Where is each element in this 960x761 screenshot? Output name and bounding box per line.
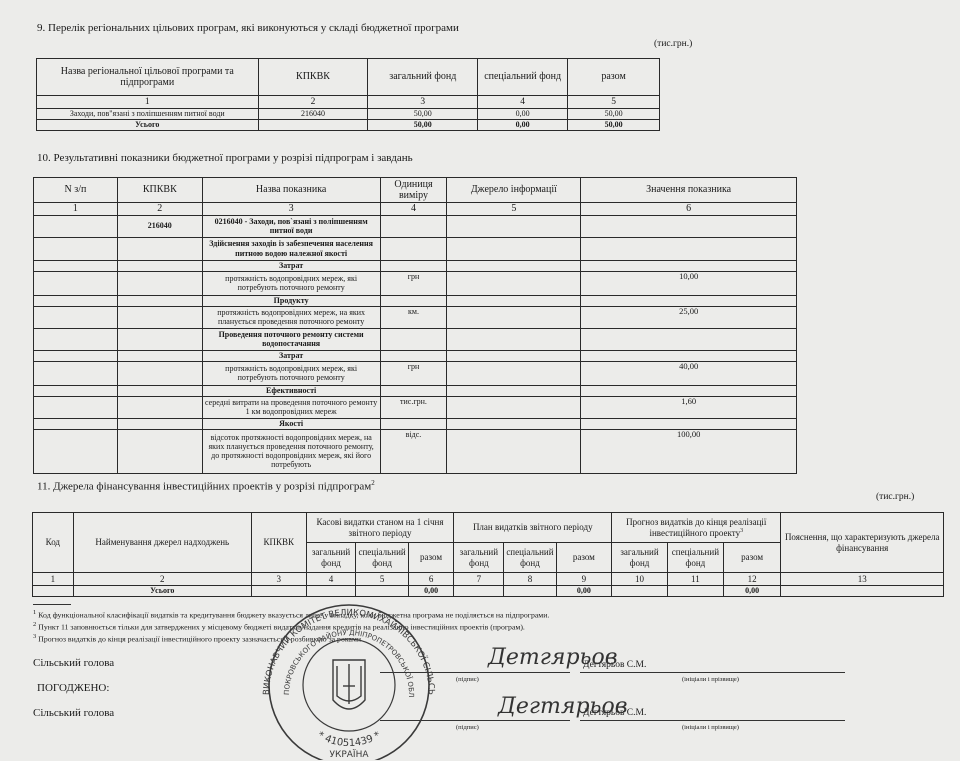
indicator-name: протяжність водопровідних мереж, на яких…: [202, 306, 380, 328]
source-value: [447, 418, 581, 429]
total-cell: [612, 586, 668, 597]
unit-value: [380, 237, 447, 260]
subheader-general-fund: загальний фонд: [306, 543, 356, 573]
signature-caption-2: (підпис): [456, 724, 479, 731]
header-number: N з/п: [34, 178, 118, 203]
table-row: протяжність водопровідних мереж, на яких…: [34, 306, 797, 328]
table-row: 2160400216040 - Заходи, пов`язані з полі…: [34, 215, 797, 237]
agreed-label: ПОГОДЖЕНО:: [37, 682, 109, 694]
footnote-ref: 2: [371, 479, 375, 487]
table-row: Продукту: [34, 295, 797, 306]
header-source-name: Найменування джерел надходжень: [73, 513, 251, 573]
indicator-value: [581, 237, 797, 260]
table-header-row: N з/п КПКВК Назва показника Одиниця вимі…: [34, 178, 797, 203]
total-cell: [356, 586, 408, 597]
total-label: Усього: [37, 120, 259, 131]
col-number: 3: [202, 203, 380, 216]
footnote-marker: 3: [33, 633, 36, 640]
table-row: протяжність водопровідних мереж, які пот…: [34, 361, 797, 385]
header-special-fund: спеціальний фонд: [478, 59, 568, 96]
total-row: Усього 0,000,000,00: [33, 586, 944, 597]
source-value: [447, 385, 581, 396]
kpkvk-value: [258, 120, 368, 131]
regional-programs-table: Назва регіональної цільової програми та …: [36, 58, 660, 131]
table-row: Якості: [34, 418, 797, 429]
header-total: разом: [568, 59, 660, 96]
kpkvk-value: [117, 418, 202, 429]
handwritten-signature-2: Дегтярьов: [498, 694, 628, 719]
unit-value: [380, 215, 447, 237]
unit-value: [380, 328, 447, 350]
name-line-2: [580, 720, 845, 721]
indicator-value: 40,00: [581, 361, 797, 385]
indicator-name: середні витрати на проведення поточного …: [202, 396, 380, 418]
footnote-marker: 1: [33, 609, 36, 616]
row-number: [34, 328, 118, 350]
col-number: 13: [781, 573, 944, 586]
unit-value: [380, 418, 447, 429]
row-number: [34, 418, 118, 429]
indicator-name: 0216040 - Заходи, пов`язані з поліпшення…: [202, 215, 380, 237]
footnote-divider: [33, 604, 71, 605]
header-code: Код: [33, 513, 74, 573]
indicator-value: [581, 215, 797, 237]
section-9-title: 9. Перелік регіональних цільових програм…: [37, 22, 459, 34]
col-number: 1: [34, 203, 118, 216]
unit-value: тис.грн.: [380, 396, 447, 418]
source-value: [447, 429, 581, 473]
total-value: 50,00: [568, 109, 660, 120]
kpkvk-value: [117, 361, 202, 385]
row-number: [34, 396, 118, 418]
head-label-2: Сільський голова: [33, 707, 114, 719]
source-value: [447, 350, 581, 361]
indicator-value: 1,60: [581, 396, 797, 418]
handwritten-signature-1: Детгярьов: [488, 645, 618, 670]
table-row: Затрат: [34, 350, 797, 361]
header-kpkvk: КПКВК: [258, 59, 368, 96]
header-general-fund: загальний фонд: [368, 59, 478, 96]
special-fund-total: 0,00: [478, 120, 568, 131]
kpkvk-value: [117, 328, 202, 350]
col-number: 4: [380, 203, 447, 216]
source-value: [447, 295, 581, 306]
header-unit: Одиниця виміру: [380, 178, 447, 203]
col-number: 1: [33, 573, 74, 586]
row-number: [34, 260, 118, 271]
general-fund-total: 50,00: [368, 120, 478, 131]
subheader-special-fund: спеціальний фонд: [667, 543, 723, 573]
col-number: 12: [723, 573, 781, 586]
total-cell: [306, 586, 356, 597]
kpkvk-value: [117, 429, 202, 473]
col-number: 3: [368, 96, 478, 109]
indicator-name: Затрат: [202, 260, 380, 271]
source-value: [447, 260, 581, 271]
section-11-unit: (тис.грн.): [876, 492, 914, 502]
source-value: [447, 396, 581, 418]
total-row: Усього 50,00 0,00 50,00: [37, 120, 660, 131]
performance-indicators-table: N з/п КПКВК Назва показника Одиниця вимі…: [33, 177, 797, 474]
table-header-row: Назва регіональної цільової програми та …: [37, 59, 660, 96]
row-number: [34, 350, 118, 361]
col-number: 3: [251, 573, 306, 586]
col-number: 10: [612, 573, 668, 586]
total-cell: [667, 586, 723, 597]
subheader-total: разом: [723, 543, 781, 573]
row-number: [34, 361, 118, 385]
kpkvk-value: [117, 295, 202, 306]
indicator-value: [581, 418, 797, 429]
stamp-bottom-text: * 41051439 *: [316, 730, 383, 749]
indicator-value: 10,00: [581, 271, 797, 295]
column-number-row: 1 2 3 4 5 6: [34, 203, 797, 216]
col-number: 4: [306, 573, 356, 586]
table-row: відсоток протяжності водопровідних мереж…: [34, 429, 797, 473]
subheader-special-fund: спеціальний фонд: [504, 543, 556, 573]
indicator-value: [581, 350, 797, 361]
col-number: 2: [73, 573, 251, 586]
table-row: Здійснення заходів із забезпечення насел…: [34, 237, 797, 260]
column-number-row: 12345678910111213: [33, 573, 944, 586]
header-kpkvk: КПКВК: [117, 178, 202, 203]
indicator-name: протяжність водопровідних мереж, які пот…: [202, 271, 380, 295]
row-number: [34, 215, 118, 237]
table-row: Заходи, пов"язані з поліпшенням питної в…: [37, 109, 660, 120]
header-plan-expenses: План видатків звітного періоду: [454, 513, 612, 543]
total-cell: 0,00: [408, 586, 454, 597]
header-forecast-text: Прогноз видатків до кінця реалізації інв…: [626, 517, 766, 537]
header-value: Значення показника: [581, 178, 797, 203]
row-number: [34, 306, 118, 328]
official-stamp: ВИКОНАВЧИЙ КОМІТЕТ ВЕЛИКОМИХАЙЛІВСЬКОЇ С…: [249, 600, 449, 760]
table-row: Ефективності: [34, 385, 797, 396]
indicator-value: [581, 385, 797, 396]
col-number: 6: [408, 573, 454, 586]
table-row: протяжність водопровідних мереж, які пот…: [34, 271, 797, 295]
code-cell: [33, 586, 74, 597]
header-kpkvk: КПКВК: [251, 513, 306, 573]
indicator-name: Проведення поточного ремонту системи вод…: [202, 328, 380, 350]
special-fund-value: 0,00: [478, 109, 568, 120]
kpkvk-value: [117, 271, 202, 295]
total-cell: [781, 586, 944, 597]
header-program-name: Назва регіональної цільової програми та …: [37, 59, 259, 96]
col-number: 8: [504, 573, 556, 586]
col-number: 1: [37, 96, 259, 109]
col-number: 5: [356, 573, 408, 586]
col-number: 2: [117, 203, 202, 216]
total-cell: 0,00: [556, 586, 612, 597]
col-number: 9: [556, 573, 612, 586]
unit-value: грн: [380, 271, 447, 295]
col-number: 2: [258, 96, 368, 109]
indicator-value: 100,00: [581, 429, 797, 473]
row-number: [34, 295, 118, 306]
row-number: [34, 271, 118, 295]
col-number: 5: [568, 96, 660, 109]
indicator-value: [581, 260, 797, 271]
source-value: [447, 328, 581, 350]
total-cell: [454, 586, 504, 597]
source-value: [447, 237, 581, 260]
unit-value: [380, 385, 447, 396]
col-number: 11: [667, 573, 723, 586]
kpkvk-value: [117, 385, 202, 396]
kpkvk-value: 216040: [258, 109, 368, 120]
unit-value: [380, 260, 447, 271]
indicator-value: [581, 328, 797, 350]
table-row: Затрат: [34, 260, 797, 271]
unit-value: [380, 350, 447, 361]
general-fund-value: 50,00: [368, 109, 478, 120]
subheader-general-fund: загальний фонд: [454, 543, 504, 573]
source-value: [447, 361, 581, 385]
table-header-row: Код Найменування джерел надходжень КПКВК…: [33, 513, 944, 543]
program-name: Заходи, пов"язані з поліпшенням питної в…: [37, 109, 259, 120]
source-value: [447, 215, 581, 237]
name-line-1: [580, 672, 845, 673]
column-number-row: 1 2 3 4 5: [37, 96, 660, 109]
subheader-special-fund: спеціальний фонд: [356, 543, 408, 573]
total-label: Усього: [73, 586, 251, 597]
indicator-name: Якості: [202, 418, 380, 429]
indicator-name: Затрат: [202, 350, 380, 361]
row-number: [34, 237, 118, 260]
name-caption-1: (ініціали і прізвище): [682, 676, 739, 683]
unit-value: [380, 295, 447, 306]
signature-caption-1: (підпис): [456, 676, 479, 683]
unit-value: відс.: [380, 429, 447, 473]
total-cell: [504, 586, 556, 597]
trident-emblem-icon: [333, 660, 365, 709]
total-cell: [251, 586, 306, 597]
indicator-name: Здійснення заходів із забезпечення насел…: [202, 237, 380, 260]
indicator-name: відсоток протяжності водопровідних мереж…: [202, 429, 380, 473]
subheader-total: разом: [556, 543, 612, 573]
stamp-country: УКРАЇНА: [329, 749, 369, 760]
section-11-title-text: 11. Джерела фінансування інвестиційних п…: [37, 481, 371, 493]
kpkvk-value: [117, 350, 202, 361]
grand-total: 50,00: [568, 120, 660, 131]
col-number: 7: [454, 573, 504, 586]
indicator-value: 25,00: [581, 306, 797, 328]
table-row: Проведення поточного ремонту системи вод…: [34, 328, 797, 350]
name-caption-2: (ініціали і прізвище): [682, 724, 739, 731]
table-row: середні витрати на проведення поточного …: [34, 396, 797, 418]
footnote-marker: 2: [33, 621, 36, 628]
indicator-name: Продукту: [202, 295, 380, 306]
kpkvk-value: [117, 260, 202, 271]
header-cash-expenses: Касові видатки станом на 1 січня звітног…: [306, 513, 454, 543]
subheader-general-fund: загальний фонд: [612, 543, 668, 573]
subheader-total: разом: [408, 543, 454, 573]
unit-value: грн: [380, 361, 447, 385]
header-source: Джерело інформації: [447, 178, 581, 203]
kpkvk-value: 216040: [117, 215, 202, 237]
row-number: [34, 385, 118, 396]
header-explanation: Пояснення, що характеризують джерела фін…: [781, 513, 944, 573]
row-number: [34, 429, 118, 473]
indicator-name: протяжність водопровідних мереж, які пот…: [202, 361, 380, 385]
total-cell: 0,00: [723, 586, 781, 597]
section-11-title: 11. Джерела фінансування інвестиційних п…: [37, 479, 375, 493]
kpkvk-value: [117, 396, 202, 418]
unit-value: км.: [380, 306, 447, 328]
investment-sources-table: Код Найменування джерел надходжень КПКВК…: [32, 512, 944, 597]
kpkvk-value: [117, 237, 202, 260]
kpkvk-value: [117, 306, 202, 328]
head-label: Сільський голова: [33, 657, 114, 669]
col-number: 4: [478, 96, 568, 109]
footnote-ref: 3: [740, 528, 743, 534]
source-value: [447, 271, 581, 295]
col-number: 5: [447, 203, 581, 216]
indicator-name: Ефективності: [202, 385, 380, 396]
section-10-title: 10. Результативні показники бюджетної пр…: [37, 152, 413, 164]
indicator-value: [581, 295, 797, 306]
header-forecast: Прогноз видатків до кінця реалізації інв…: [612, 513, 781, 543]
col-number: 6: [581, 203, 797, 216]
source-value: [447, 306, 581, 328]
section-9-unit: (тис.грн.): [654, 39, 692, 49]
header-indicator-name: Назва показника: [202, 178, 380, 203]
